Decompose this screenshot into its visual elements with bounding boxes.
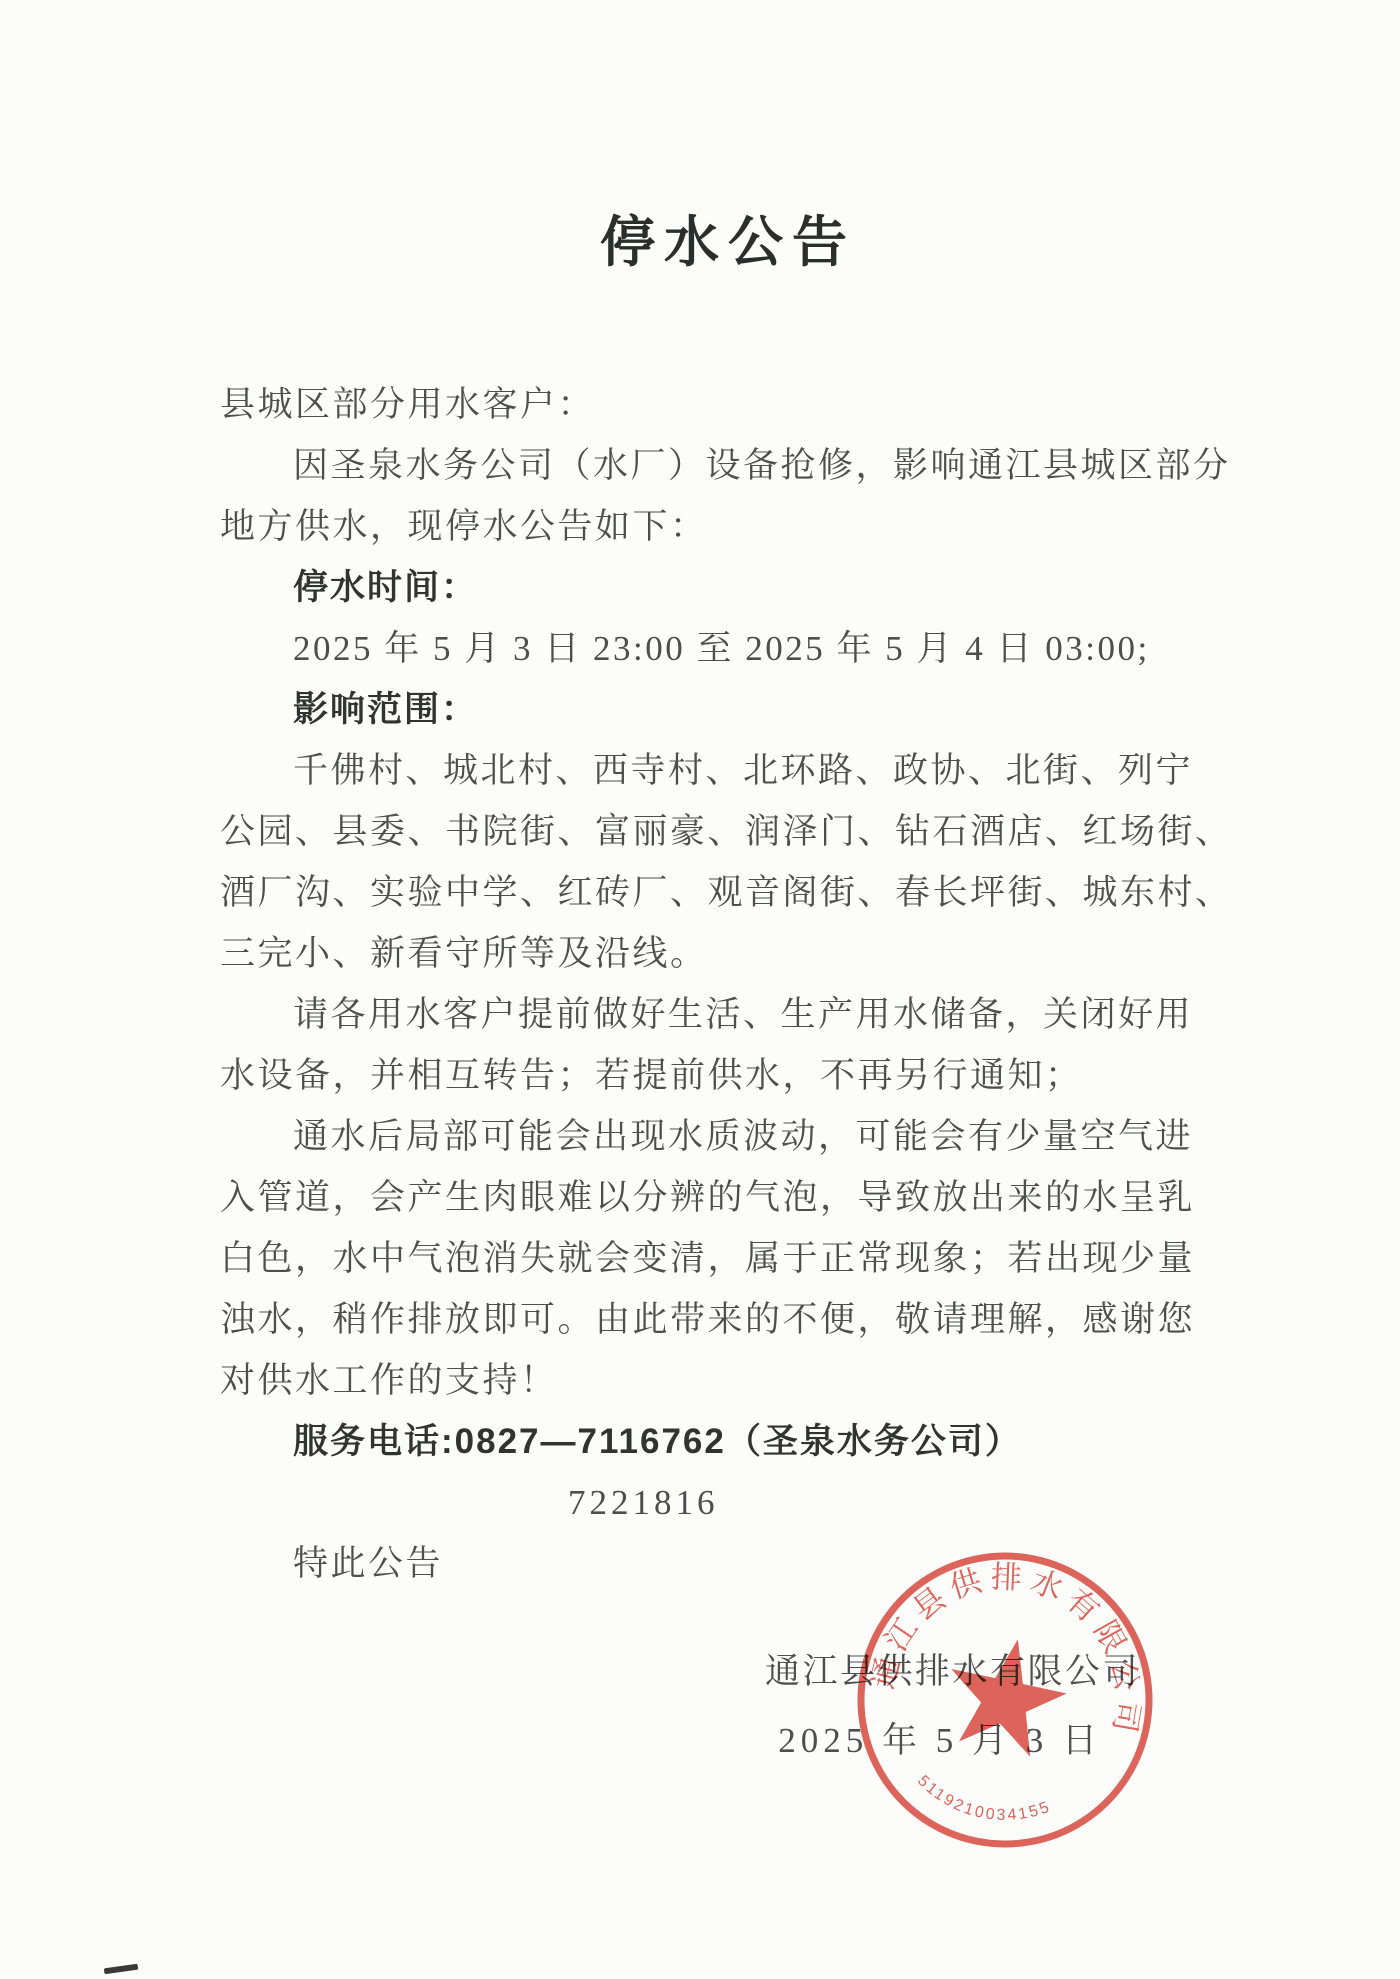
notice-title: 停水公告 <box>28 198 1400 277</box>
scan-artifact <box>104 1964 139 1975</box>
official-stamp: 通江县供排水有限公司 5119210034155 <box>845 1540 1165 1860</box>
star-icon <box>937 1627 1076 1761</box>
body-line: 通水后局部可能会出现水质波动，可能会有少量空气进 <box>220 1106 1225 1167</box>
service-phone-line: 服务电话:0827—7116762（圣泉水务公司） <box>220 1411 1225 1472</box>
body-line: 白色，水中气泡消失就会变清，属于正常现象；若出现少量 <box>220 1228 1225 1289</box>
notice-body: 县城区部分用水客户： 因圣泉水务公司（水厂）设备抢修，影响通江县城区部分 地方供… <box>220 374 1225 1594</box>
body-line: 水设备，并相互转告；若提前供水，不再另行通知； <box>220 1045 1225 1106</box>
service-phone-line-2: 7221816 <box>220 1472 1225 1533</box>
stamp-group: 通江县供排水有限公司 5119210034155 <box>845 1540 1165 1860</box>
body-line: 入管道，会产生肉眼难以分辨的气泡，导致放出来的水呈乳 <box>220 1167 1225 1228</box>
body-line: 地方供水，现停水公告如下： <box>220 496 1225 557</box>
affected-area-line: 三完小、新看守所等及沿线。 <box>220 923 1225 984</box>
affected-area-line: 公园、县委、书院街、富丽豪、润泽门、钻石酒店、红场街、 <box>220 801 1225 862</box>
affected-area-line: 千佛村、城北村、西寺村、北环路、政协、北街、列宁 <box>220 740 1225 801</box>
salutation-line: 县城区部分用水客户： <box>220 374 1225 435</box>
notice-page: 停水公告 县城区部分用水客户： 因圣泉水务公司（水厂）设备抢修，影响通江县城区部… <box>0 0 1400 1979</box>
body-line: 浊水，稍作排放即可。由此带来的不便，敬请理解，感谢您 <box>220 1289 1225 1350</box>
outage-time-value: 2025 年 5 月 3 日 23:00 至 2025 年 5 月 4 日 03… <box>220 618 1225 679</box>
section-heading-outage-time: 停水时间： <box>220 557 1225 618</box>
affected-area-line: 酒厂沟、实验中学、红砖厂、观音阁街、春长坪街、城东村、 <box>220 862 1225 923</box>
body-line: 请各用水客户提前做好生活、生产用水储备，关闭好用 <box>220 984 1225 1045</box>
body-line: 对供水工作的支持！ <box>220 1350 1225 1411</box>
body-line: 因圣泉水务公司（水厂）设备抢修，影响通江县城区部分 <box>220 435 1225 496</box>
section-heading-affected-area: 影响范围： <box>220 679 1225 740</box>
